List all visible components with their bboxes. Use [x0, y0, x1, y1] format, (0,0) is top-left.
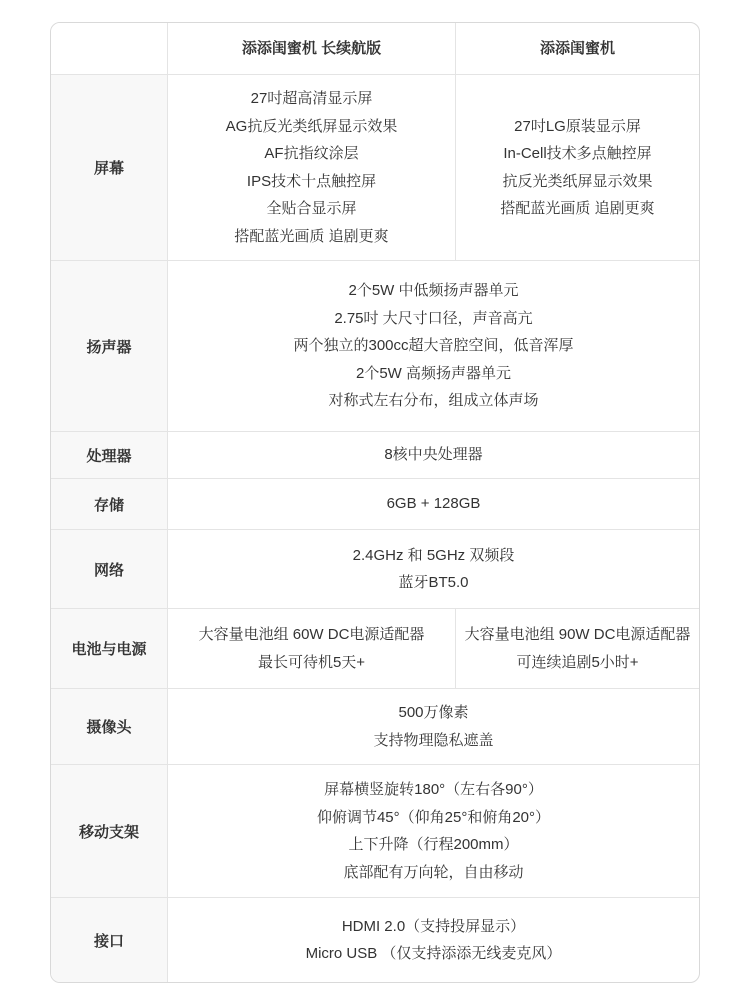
spec-label-stand: 移动支架 [51, 765, 168, 897]
spec-label-speaker: 扬声器 [51, 261, 168, 431]
spec-row-network: 网络 2.4GHz 和 5GHz 双频段 蓝牙BT5.0 [51, 529, 699, 608]
spec-line: 搭配蓝光画质 追剧更爽 [234, 223, 388, 251]
spec-row-battery: 电池与电源 大容量电池组 60W DC电源适配器 最长可待机5天+ 大容量电池组… [51, 608, 699, 688]
camera-value: 500万像素 支持物理隐私遮盖 [168, 689, 699, 764]
header-row: 添添闺蜜机 长续航版 添添闺蜜机 [51, 23, 699, 74]
screen-value-long-battery: 27吋超高清显示屏 AG抗反光类纸屏显示效果 AF抗指纹涂层 IPS技术十点触控… [168, 75, 456, 260]
header-product-standard: 添添闺蜜机 [456, 23, 699, 74]
spec-line: 2.4GHz 和 5GHz 双频段 [353, 542, 515, 570]
spec-row-screen: 屏幕 27吋超高清显示屏 AG抗反光类纸屏显示效果 AF抗指纹涂层 IPS技术十… [51, 74, 699, 260]
spec-line: 支持物理隐私遮盖 [373, 727, 493, 755]
spec-label-camera: 摄像头 [51, 689, 168, 764]
spec-line: 27吋超高清显示屏 [251, 85, 373, 113]
spec-label-storage: 存储 [51, 479, 168, 529]
spec-line: 抗反光类纸屏显示效果 [502, 168, 652, 196]
spec-line: 对称式左右分布，组成立体声场 [328, 387, 538, 415]
spec-line: 上下升降（行程200mm） [348, 831, 518, 859]
screen-value-standard: 27吋LG原装显示屏 In-Cell技术多点触控屏 抗反光类纸屏显示效果 搭配蓝… [456, 75, 699, 260]
spec-line: 27吋LG原装显示屏 [514, 113, 641, 141]
stand-value: 屏幕横竖旋转180°（左右各90°） 仰俯调节45°（仰角25°和俯角20°） … [168, 765, 699, 897]
spec-line: 6GB + 128GB [387, 490, 481, 518]
header-product-standard-label: 添添闺蜜机 [540, 35, 615, 63]
spec-line: 2.75吋 大尺寸口径，声音高亢 [334, 305, 532, 333]
spec-line: 2个5W 高频扬声器单元 [356, 360, 511, 388]
processor-value: 8核中央处理器 [168, 432, 699, 478]
spec-line: AF抗指纹涂层 [264, 140, 358, 168]
speaker-value: 2个5W 中低频扬声器单元 2.75吋 大尺寸口径，声音高亢 两个独立的300c… [168, 261, 699, 431]
spec-row-storage: 存储 6GB + 128GB [51, 478, 699, 529]
spec-line: 蓝牙BT5.0 [398, 569, 468, 597]
spec-line: 两个独立的300cc超大音腔空间，低音浑厚 [293, 332, 573, 360]
battery-value-long-battery: 大容量电池组 60W DC电源适配器 最长可待机5天+ [168, 609, 456, 688]
spec-line: 8核中央处理器 [384, 441, 482, 469]
spec-line: 大容量电池组 60W DC电源适配器 [199, 621, 425, 649]
spec-line: 仰俯调节45°（仰角25°和俯角20°） [317, 804, 550, 832]
spec-line: 全贴合显示屏 [266, 195, 356, 223]
spec-line: 搭配蓝光画质 追剧更爽 [500, 195, 654, 223]
network-value: 2.4GHz 和 5GHz 双频段 蓝牙BT5.0 [168, 530, 699, 608]
spec-line: AG抗反光类纸屏显示效果 [226, 113, 398, 141]
spec-row-camera: 摄像头 500万像素 支持物理隐私遮盖 [51, 688, 699, 764]
spec-label-battery: 电池与电源 [51, 609, 168, 688]
spec-line: 可连续追剧5小时+ [516, 649, 638, 677]
spec-line: HDMI 2.0（支持投屏显示） [342, 913, 525, 941]
ports-value: HDMI 2.0（支持投屏显示） Micro USB （仅支持添添无线麦克风） [168, 898, 699, 982]
spec-row-stand: 移动支架 屏幕横竖旋转180°（左右各90°） 仰俯调节45°（仰角25°和俯角… [51, 764, 699, 897]
spec-row-ports: 接口 HDMI 2.0（支持投屏显示） Micro USB （仅支持添添无线麦克… [51, 897, 699, 982]
spec-line: 2个5W 中低频扬声器单元 [348, 277, 518, 305]
header-product-long-battery: 添添闺蜜机 长续航版 [168, 23, 456, 74]
storage-value: 6GB + 128GB [168, 479, 699, 529]
spec-comparison-table: 添添闺蜜机 长续航版 添添闺蜜机 屏幕 27吋超高清显示屏 AG抗反光类纸屏显示… [50, 22, 700, 983]
spec-label-screen: 屏幕 [51, 75, 168, 260]
spec-line: 底部配有万向轮，自由移动 [343, 859, 523, 887]
spec-label-processor: 处理器 [51, 432, 168, 478]
spec-label-ports: 接口 [51, 898, 168, 982]
spec-row-processor: 处理器 8核中央处理器 [51, 431, 699, 478]
spec-line: 最长可待机5天+ [258, 649, 365, 677]
spec-line: Micro USB （仅支持添添无线麦克风） [306, 940, 562, 968]
battery-value-standard: 大容量电池组 90W DC电源适配器 可连续追剧5小时+ [456, 609, 699, 688]
spec-line: 大容量电池组 90W DC电源适配器 [465, 621, 691, 649]
spec-label-network: 网络 [51, 530, 168, 608]
spec-line: IPS技术十点触控屏 [247, 168, 376, 196]
header-product-long-battery-label: 添添闺蜜机 长续航版 [242, 35, 381, 63]
spec-line: In-Cell技术多点触控屏 [503, 140, 651, 168]
spec-line: 屏幕横竖旋转180°（左右各90°） [324, 776, 543, 804]
header-corner-cell [51, 23, 168, 74]
spec-line: 500万像素 [398, 699, 468, 727]
spec-row-speaker: 扬声器 2个5W 中低频扬声器单元 2.75吋 大尺寸口径，声音高亢 两个独立的… [51, 260, 699, 431]
